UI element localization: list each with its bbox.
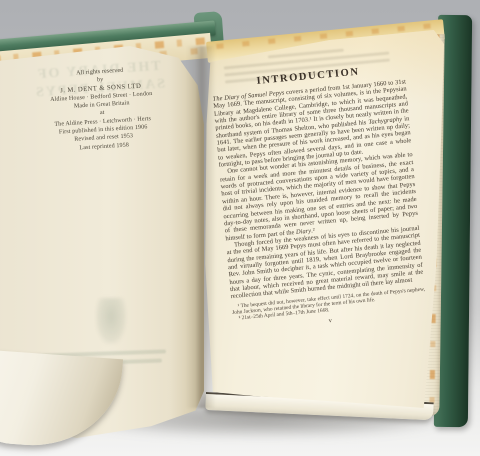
show-through-emblem <box>96 298 126 344</box>
body-text: The Diary of Samuel Pepys covers a perio… <box>212 78 424 300</box>
introduction-page-content: INTRODUCTION The Diary of Samuel Pepys c… <box>211 62 427 332</box>
right-page: INTRODUCTION The Diary of Samuel Pepys c… <box>190 24 444 424</box>
copyright-block: All rights reservedbyJ. M. DENT & SONS L… <box>16 63 189 156</box>
book-photograph: THE DIARY OF SAMUEL PEPYS All rights res… <box>0 0 480 456</box>
gutter-shadow <box>186 46 216 408</box>
